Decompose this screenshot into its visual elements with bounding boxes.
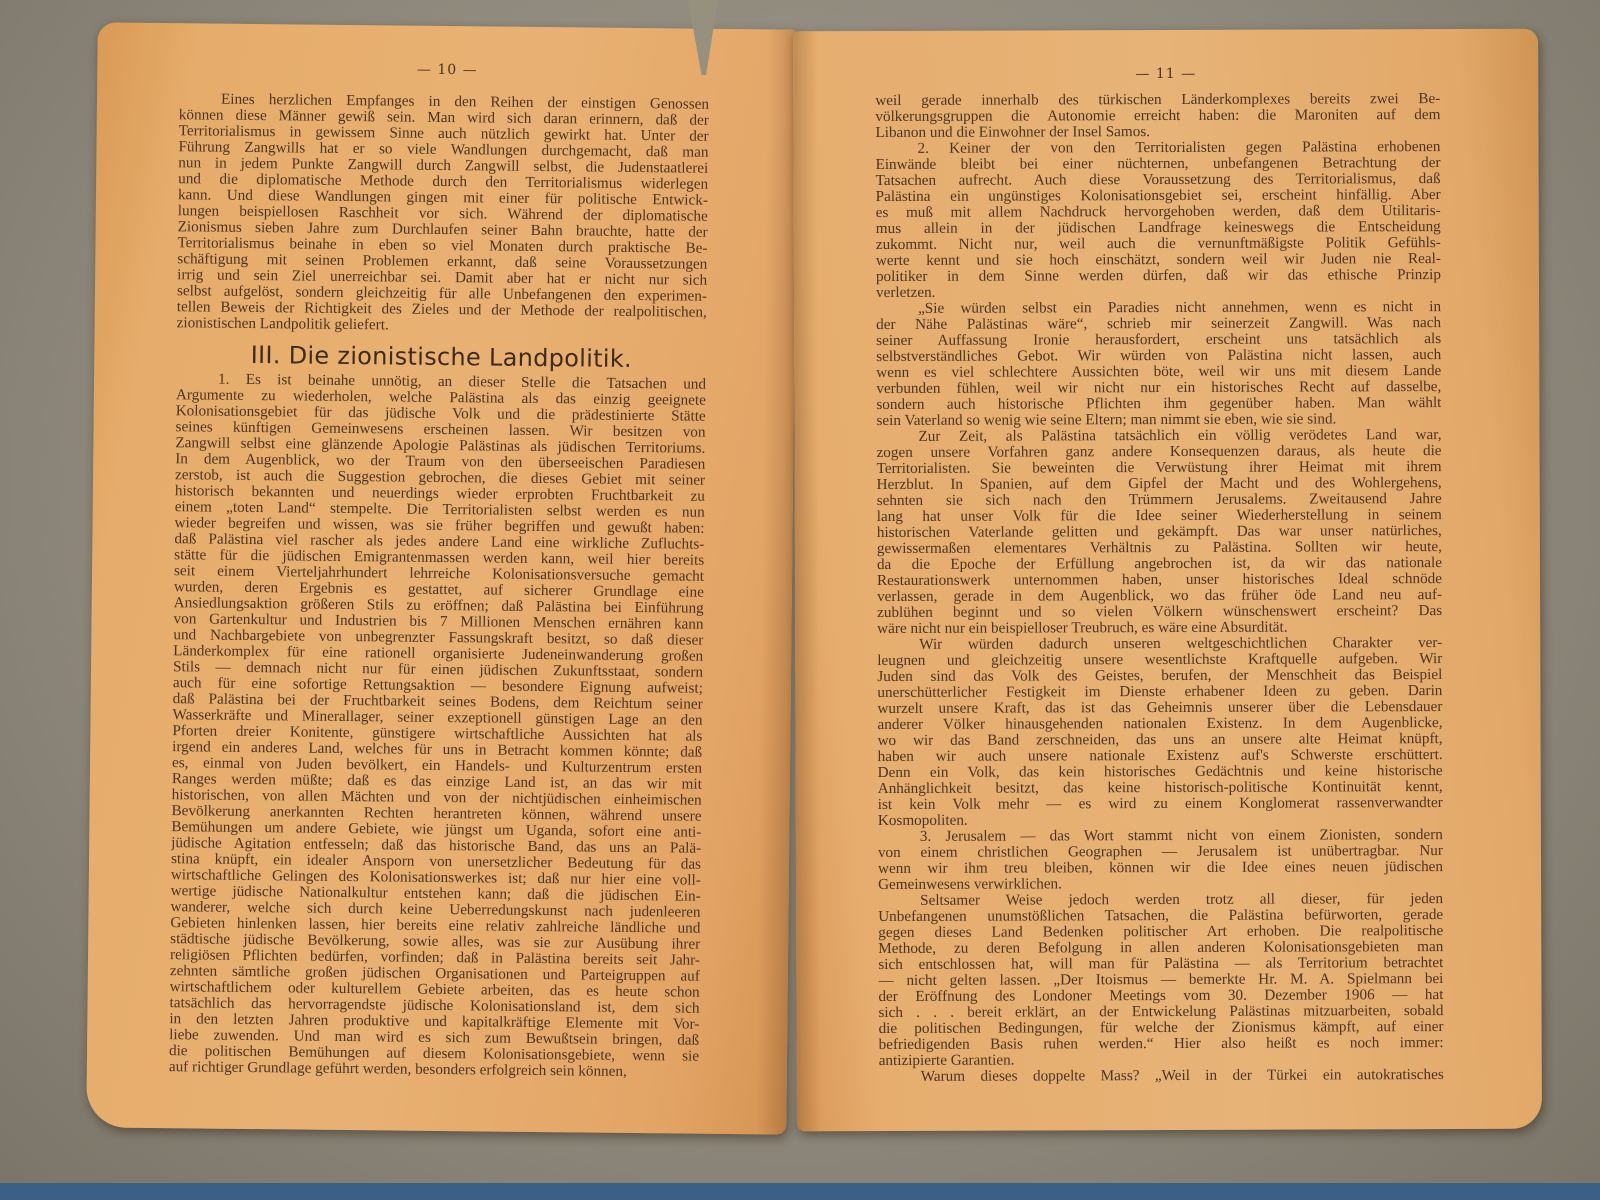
text-line: wurzelt unsere Kraft, das ist das Geheim… xyxy=(877,699,1442,717)
text-line: Methode, zu deren Befolgung in allen and… xyxy=(878,939,1443,957)
page-number-right: — 11 — xyxy=(793,65,1538,84)
paragraph: Eines herzlichen Empfanges in den Reihen… xyxy=(177,91,709,337)
text-line: Einwände bleibt bei einer nüchternen, un… xyxy=(876,155,1441,173)
paragraph: „Sie würden selbst ein Paradies nicht an… xyxy=(876,299,1441,429)
section-heading: III. Die zionistische Landpolitik. xyxy=(176,337,706,377)
text-line: sich entschlossen hat, will man für Palä… xyxy=(878,955,1443,973)
text-line: sondern auch historische Pflichten ihm g… xyxy=(876,395,1441,413)
text-line: lang hat unser Volk für die Idee seiner … xyxy=(877,507,1442,525)
text-line: von einem christlichen Geographen — Jeru… xyxy=(878,843,1443,861)
text-line: ist kein Volk mehr — es wird zu einem Ko… xyxy=(878,795,1443,813)
text-line: Kosmopoliten. xyxy=(878,811,1443,829)
text-line: Zur Zeit, als Palästina tatsächlich ein … xyxy=(876,427,1441,445)
text-line: Gemeinwesens verwirklichen. xyxy=(878,875,1443,893)
text-line: wäre nicht nur ein beispielloser Treubru… xyxy=(877,619,1442,637)
text-line: Palästina ein ungünstiges Kolonisationsg… xyxy=(876,187,1441,205)
paragraph: Wir würden dadurch unseren weltgeschicht… xyxy=(877,635,1443,829)
text-line: antizipierte Garantien. xyxy=(879,1051,1444,1069)
text-line: zublühen beginnt und so vielen Völkern w… xyxy=(877,603,1442,621)
text-line: selbstverständliches Gebot. Wir würden v… xyxy=(876,347,1441,365)
text-line: sein Vaterland so wenig wie seine Eltern… xyxy=(876,411,1441,429)
text-line: leugnen und gleichzeitig unsere wesentli… xyxy=(877,651,1442,669)
text-line: es muß mit allem Nachdruck hervorgehoben… xyxy=(876,203,1441,221)
text-line: 2. Keiner der von den Territorialisten g… xyxy=(875,139,1440,157)
text-line: Anhänglichkeit besitzt, das keine histor… xyxy=(878,779,1443,797)
paragraph: 1. Es ist beinahe unnötig, an dieser Ste… xyxy=(169,371,706,1081)
blue-cloth-edge xyxy=(0,1183,1600,1200)
text-line: politiker in dem Sinne werden dürfen, da… xyxy=(876,267,1441,285)
text-line: Herzblut. In Spanien, auf dem Gipfel der… xyxy=(877,475,1442,493)
paragraph: Warum dieses doppelte Mass? „Weil in der… xyxy=(879,1067,1444,1085)
page-number-left: — 10 — xyxy=(97,58,797,81)
text-line: Libanon und die Einwohner der Insel Samo… xyxy=(875,123,1440,141)
left-page-text: Eines herzlichen Empfanges in den Reihen… xyxy=(169,91,709,1080)
text-line: der Eröffnung des Londoner Meetings vom … xyxy=(878,987,1443,1005)
text-line: weil gerade innerhalb des türkischen Län… xyxy=(875,91,1440,109)
text-line: wo wir das Band zerschneiden, das uns an… xyxy=(878,731,1443,749)
text-line: verlassen, gerade in dem Augenblick, wo … xyxy=(877,587,1442,605)
text-line: da die Epoche der Erfüllung angebrochen … xyxy=(877,555,1442,573)
page-right: — 11 — weil gerade innerhalb des türkisc… xyxy=(793,29,1542,1132)
paragraph: weil gerade innerhalb des türkischen Län… xyxy=(875,91,1440,141)
paragraph: Zur Zeit, als Palästina tatsächlich ein … xyxy=(876,427,1442,637)
text-line: anderer Völker hinausgehenden nationalen… xyxy=(877,715,1442,733)
text-line: zogen unsere Vorfahren ganz andere Konse… xyxy=(877,443,1442,461)
text-line: Unbefangenen unumstößlichen Tatsachen, d… xyxy=(878,907,1443,925)
text-line: Juden sind das Volk des Geistes, berufen… xyxy=(877,667,1442,685)
paragraph: Seltsamer Weise jedoch werden trotz all … xyxy=(878,891,1444,1069)
text-line: wenn wir ihm treu bleiben, können wir di… xyxy=(878,859,1443,877)
text-line: Territorialisten. Sie beweinten die Verw… xyxy=(877,459,1442,477)
text-line: „Sie würden selbst ein Paradies nicht an… xyxy=(876,299,1441,317)
text-line: Restaurationswerk unternommen haben, uns… xyxy=(877,571,1442,589)
text-line: befriedigenden Basis ruhen werden.“ Hier… xyxy=(879,1035,1444,1053)
text-line: sehnten sie sich nach den Trümmern Jerus… xyxy=(877,491,1442,509)
text-line: historischen Vaterlande gelitten und gek… xyxy=(877,523,1442,541)
text-line: werte kennt und sie hoch einschätzt, son… xyxy=(876,251,1441,269)
text-line: mus allein in der jüdischen Landfrage ke… xyxy=(876,219,1441,237)
text-line: gewissermaßen elementares Verhältnis zu … xyxy=(877,539,1442,557)
text-line: verbunden fühlen, weil wir nicht nur ein… xyxy=(876,379,1441,397)
text-line: Seltsamer Weise jedoch werden trotz all … xyxy=(878,891,1443,909)
text-line: völkerungsgruppen die Autonomie erreicht… xyxy=(875,107,1440,125)
text-line: Tatsachen aufrecht. Auch diese Vorausset… xyxy=(876,171,1441,189)
text-line: verletzen. xyxy=(876,283,1441,301)
text-line: zukommt. Nicht nur, weil auch die vernun… xyxy=(876,235,1441,253)
right-page-text: weil gerade innerhalb des türkischen Län… xyxy=(875,91,1443,1085)
page-left: — 10 — Eines herzlichen Empfanges in den… xyxy=(86,22,798,1134)
text-line: sich . . . bereit erklärt, an der Entwic… xyxy=(878,1003,1443,1021)
text-line: haben wir auch unsere nationale Existenz… xyxy=(878,747,1443,765)
text-line: der Nähe Palästinas wäre“, schrieb mir s… xyxy=(876,315,1441,333)
text-line: unerschütterlicher Festigkeit im Dienste… xyxy=(877,683,1442,701)
text-line: die politischen Bedingungen, für welche … xyxy=(879,1019,1444,1037)
gutter-shadow xyxy=(793,31,821,1131)
text-line: — nicht gelten lassen. „Der Itoismus — b… xyxy=(878,971,1443,989)
text-line: seiner Auffassung Ironie herausfordert, … xyxy=(876,331,1441,349)
text-line: 3. Jerusalem — das Wort stammt nicht von… xyxy=(878,827,1443,845)
paragraph: 3. Jerusalem — das Wort stammt nicht von… xyxy=(878,827,1443,893)
text-line: wenn es viel schlechtere Aussichten böte… xyxy=(876,363,1441,381)
text-line: Warum dieses doppelte Mass? „Weil in der… xyxy=(879,1067,1444,1085)
text-line: gegen dieses Land Bedenken politischer A… xyxy=(878,923,1443,941)
text-line: Wir würden dadurch unseren weltgeschicht… xyxy=(877,635,1442,653)
paragraph: 2. Keiner der von den Territorialisten g… xyxy=(875,139,1441,301)
text-line: Denn ein Volk, das kein historisches Ged… xyxy=(878,763,1443,781)
